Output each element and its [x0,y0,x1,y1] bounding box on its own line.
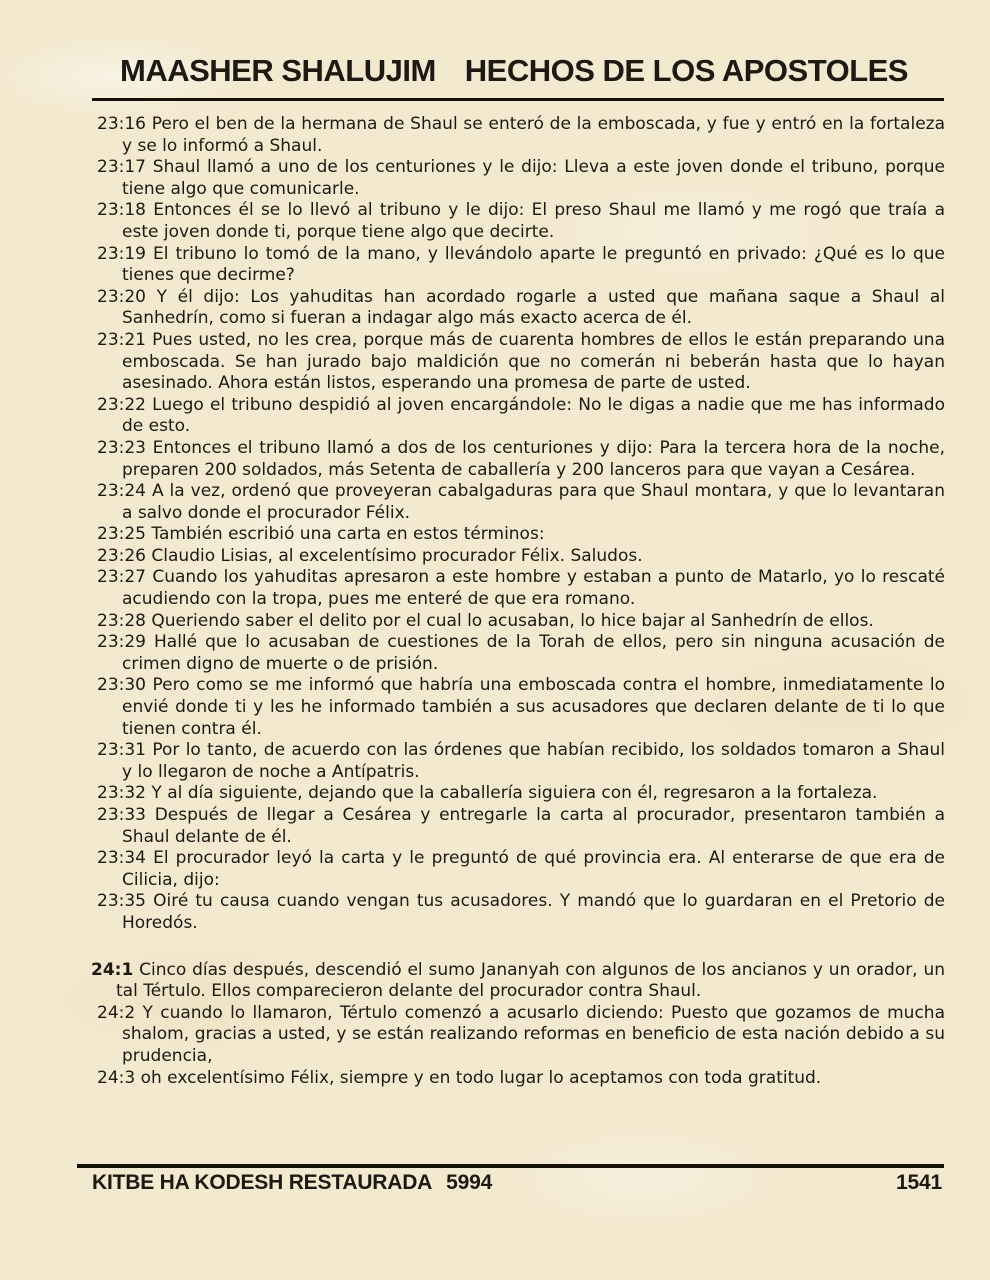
verse-number: 23:29 [97,632,146,652]
verse-number: 23:22 [97,395,146,415]
footer-rule [77,1164,944,1168]
verse: 23:32 Y al día siguiente, dejando que la… [97,783,945,805]
verse-number: 23:21 [97,330,146,350]
verse: 24:2 Y cuando lo llamaron, Tértulo comen… [97,1003,945,1068]
verse-number: 23:33 [97,805,146,825]
verse-text: Y cuando lo llamaron, Tértulo comenzó a … [122,1003,945,1066]
verse-number: 23:30 [97,675,146,695]
verse: 23:29 Hallé que lo acusaban de cuestione… [97,632,945,675]
verse: 24:3 oh excelentísimo Félix, siempre y e… [97,1068,945,1090]
verse-text: oh excelentísimo Félix, siempre y en tod… [135,1068,821,1088]
header-rule [92,98,944,101]
verse: 23:33 Después de llegar a Cesárea y entr… [97,805,945,848]
verse-number: 23:19 [97,244,146,264]
header-title-left: MAASHER SHALUJIM [120,53,436,89]
verse-text: A la vez, ordenó que proveyeran cabalgad… [122,481,945,523]
verse: 23:16 Pero el ben de la hermana de Shaul… [97,114,945,157]
page-header: MAASHER SHALUJIM HECHOS DE LOS APOSTOLES [120,53,908,89]
verse-number: 23:26 [97,546,146,566]
verse: 23:26 Claudio Lisias, al excelentísimo p… [97,546,945,568]
verse-text: Oiré tu causa cuando vengan tus acusador… [122,891,945,933]
verse: 23:25 También escribió una carta en esto… [97,524,945,546]
verse: 23:21 Pues usted, no les crea, porque má… [97,330,945,395]
verse-number: 23:18 [97,200,146,220]
document-page: MAASHER SHALUJIM HECHOS DE LOS APOSTOLES… [0,0,990,1280]
verse: 23:34 El procurador leyó la carta y le p… [97,848,945,891]
verse: 23:19 El tribuno lo tomó de la mano, y l… [97,244,945,287]
footer-title: KITBE HA KODESH RESTAURADA5994 [92,1171,492,1195]
verse-number: 23:27 [97,567,146,587]
verse-text: Pero el ben de la hermana de Shaul se en… [122,114,945,156]
verse-text: Queriendo saber el delito por el cual lo… [146,611,874,631]
verse-number: 23:32 [97,783,146,803]
verse: 23:31 Por lo tanto, de acuerdo con las ó… [97,740,945,783]
verse-text: Entonces el tribuno llamó a dos de los c… [122,438,945,480]
verse: 23:23 Entonces el tribuno llamó a dos de… [97,438,945,481]
verse-text: También escribió una carta en estos térm… [146,524,545,544]
verse-text: Pero como se me informó que habría una e… [122,675,945,738]
verse: 23:24 A la vez, ordenó que proveyeran ca… [97,481,945,524]
verse-text: Pues usted, no les crea, porque más de c… [122,330,945,393]
verse-text: Shaul llamó a uno de los centuriones y l… [122,157,945,199]
verse: 23:20 Y él dijo: Los yahuditas han acord… [97,287,945,330]
verse-number: 23:34 [97,848,146,868]
verse-number: 23:20 [97,287,146,307]
verse-number: 24:2 [97,1003,135,1023]
verse-text: Entonces él se lo llevó al tribuno y le … [122,200,945,242]
verse-number: 23:25 [97,524,146,544]
verse-text: Cinco días después, descendió el sumo Ja… [116,960,945,1002]
verse-text: El procurador leyó la carta y le pregunt… [122,848,945,890]
page-number: 1541 [896,1171,942,1195]
verse-text: Claudio Lisias, al excelentísimo procura… [146,546,643,566]
verse: 23:18 Entonces él se lo llevó al tribuno… [97,200,945,243]
verse-text: Luego el tribuno despidió al joven encar… [122,395,945,437]
verse-number: 23:16 [97,114,146,134]
verse-number: 23:35 [97,891,146,911]
verse-number: 23:31 [97,740,146,760]
verse-text: Hallé que lo acusaban de cuestiones de l… [122,632,945,674]
verse-text: Después de llegar a Cesárea y entregarle… [122,805,945,847]
verse: 23:22 Luego el tribuno despidió al joven… [97,395,945,438]
header-title-right: HECHOS DE LOS APOSTOLES [465,53,908,89]
verse-number: 23:23 [97,438,146,458]
verse-text: Y al día siguiente, dejando que la cabal… [146,783,877,803]
verse-text: El tribuno lo tomó de la mano, y llevánd… [122,244,945,286]
verse: 23:28 Queriendo saber el delito por el c… [97,611,945,633]
verse-list: 23:16 Pero el ben de la hermana de Shaul… [97,114,945,1089]
verse: 24:1 Cinco días después, descendió el su… [91,960,945,1003]
verse: 23:17 Shaul llamó a uno de los centurion… [97,157,945,200]
verse-number: 23:17 [97,157,146,177]
verse-text: Y él dijo: Los yahuditas han acordado ro… [122,287,945,329]
verse-number: 24:3 [97,1068,135,1088]
footer-title-text: KITBE HA KODESH RESTAURADA [92,1171,432,1194]
verse-number: 23:28 [97,611,146,631]
footer-year: 5994 [446,1171,492,1194]
verse: 23:30 Pero como se me informó que habría… [97,675,945,740]
verse: 23:27 Cuando los yahuditas apresaron a e… [97,567,945,610]
verse-text: Cuando los yahuditas apresaron a este ho… [122,567,945,609]
verse: 23:35 Oiré tu causa cuando vengan tus ac… [97,891,945,934]
page-footer: KITBE HA KODESH RESTAURADA5994 1541 [92,1171,942,1195]
verse-number: 24:1 [91,960,133,980]
verse-number: 23:24 [97,481,146,501]
verse-text: Por lo tanto, de acuerdo con las órdenes… [122,740,945,782]
